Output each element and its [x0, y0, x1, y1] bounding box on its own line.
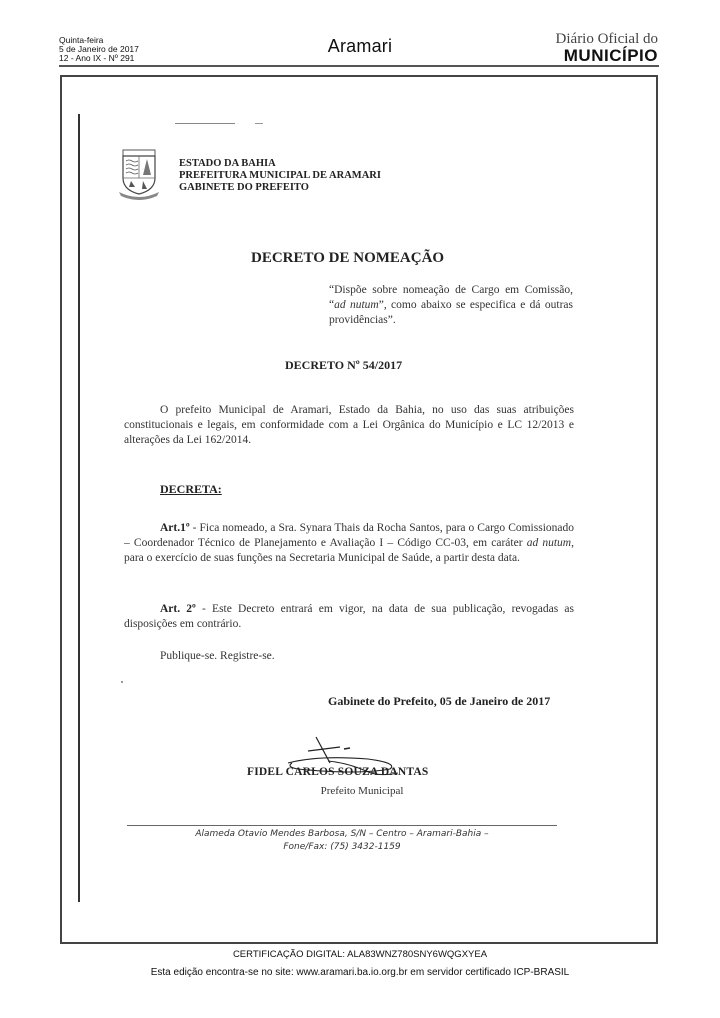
article-1-latin-term: ad nutum — [527, 537, 571, 549]
scan-artifact — [175, 123, 235, 124]
summary-latin-term: ad nutum — [334, 299, 379, 311]
signer-role: Prefeito Municipal — [0, 785, 720, 797]
decreta-heading: DECRETA: — [160, 482, 222, 497]
document-frame — [60, 75, 658, 944]
signer-role-text: Prefeito Municipal — [321, 785, 404, 797]
article-1-text: - Fica nomeado, a Sra. Synara Thais da R… — [124, 522, 574, 549]
place-and-date: Gabinete do Prefeito, 05 de Janeiro de 2… — [328, 694, 550, 709]
address-line-1: Alameda Otavio Mendes Barbosa, S/N – Cen… — [127, 828, 557, 841]
publish-note: Publique-se. Registre-se. — [160, 650, 275, 662]
address-line-2: Fone/Fax: (75) 3432-1159 — [127, 841, 557, 854]
scan-margin-line — [78, 114, 80, 902]
signer-name: FIDEL CARLOS SOUZA DANTAS — [247, 766, 428, 778]
site-note: Esta edição encontra-se no site: www.ara… — [0, 967, 720, 978]
article-2-label: Art. 2º — [160, 603, 196, 615]
document-title: DECRETO DE NOMEAÇÃO — [251, 250, 444, 267]
office-address: Alameda Otavio Mendes Barbosa, S/N – Cen… — [127, 828, 557, 854]
scan-artifact — [121, 681, 123, 683]
letterhead-prefecture: PREFEITURA MUNICIPAL DE ARAMARI — [179, 170, 381, 182]
address-divider — [127, 825, 557, 826]
letterhead: ESTADO DA BAHIA PREFEITURA MUNICIPAL DE … — [179, 158, 381, 194]
article-1-label: Art.1º — [160, 522, 190, 534]
letterhead-state: ESTADO DA BAHIA — [179, 158, 381, 170]
header-divider — [59, 65, 659, 67]
digital-certification: CERTIFICAÇÃO DIGITAL: ALA83WNZ780SNY6WQG… — [0, 949, 720, 960]
decree-summary: “Dispõe sobre nomeação de Cargo em Comis… — [329, 283, 573, 328]
article-2: Art. 2º - Este Decreto entrará em vigor,… — [124, 602, 574, 632]
brand-logo: Diário Oficial do MUNICÍPIO — [556, 32, 658, 64]
decree-number: DECRETO Nº 54/2017 — [285, 358, 402, 373]
brand-line2: MUNICÍPIO — [556, 47, 658, 64]
scan-artifact — [255, 123, 263, 124]
letterhead-office: GABINETE DO PREFEITO — [179, 182, 381, 194]
municipal-crest-icon — [117, 148, 161, 200]
preamble-paragraph: O prefeito Municipal de Aramari, Estado … — [124, 403, 574, 448]
article-1: Art.1º - Fica nomeado, a Sra. Synara Tha… — [124, 521, 574, 566]
brand-line1: Diário Oficial do — [556, 32, 658, 47]
